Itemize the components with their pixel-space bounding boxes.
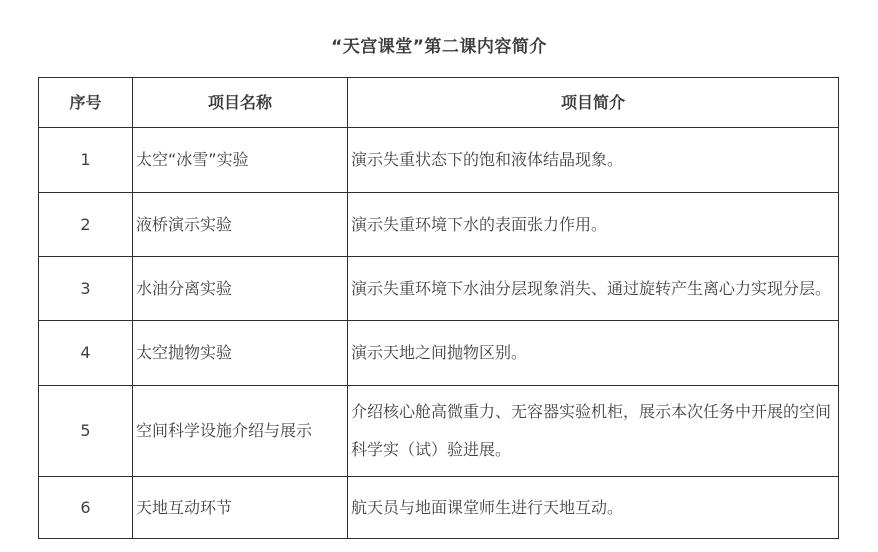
- project-name-cell: 水油分离实验: [133, 257, 348, 321]
- table-row: 1 太空“冰雪”实验 演示失重状态下的饱和液体结晶现象。: [39, 128, 839, 193]
- project-description-cell: 演示失重环境下水的表面张力作用。: [348, 193, 839, 257]
- table-row: 3 水油分离实验 演示失重环境下水油分层现象消失、通过旋转产生离心力实现分层。: [39, 257, 839, 321]
- row-number-cell: 5: [39, 386, 133, 477]
- table-row: 6 天地互动环节 航天员与地面课堂师生进行天地互动。: [39, 477, 839, 539]
- project-name-cell: 天地互动环节: [133, 477, 348, 539]
- project-name-cell: 太空抛物实验: [133, 321, 348, 386]
- project-name-cell: 液桥演示实验: [133, 193, 348, 257]
- row-number-cell: 6: [39, 477, 133, 539]
- project-description-cell: 演示天地之间抛物区别。: [348, 321, 839, 386]
- project-description-cell: 演示失重环境下水油分层现象消失、通过旋转产生离心力实现分层。: [348, 257, 839, 321]
- project-description-cell: 演示失重状态下的饱和液体结晶现象。: [348, 128, 839, 193]
- column-header-project-description: 项目简介: [348, 78, 839, 128]
- project-description-cell: 航天员与地面课堂师生进行天地互动。: [348, 477, 839, 539]
- project-name-cell: 太空“冰雪”实验: [133, 128, 348, 193]
- document-page: “天宫课堂”第二课内容简介 序号 项目名称 项目简介 1 太空“冰雪”实验 演示…: [0, 0, 878, 552]
- row-number-cell: 1: [39, 128, 133, 193]
- table-header-row: 序号 项目名称 项目简介: [39, 78, 839, 128]
- row-number-cell: 3: [39, 257, 133, 321]
- row-number-cell: 4: [39, 321, 133, 386]
- column-header-project-name: 项目名称: [133, 78, 348, 128]
- project-description-cell: 介绍核心舱高微重力、无容器实验机柜，展示本次任务中开展的空间科学实（试）验进展。: [348, 386, 839, 477]
- page-title: “天宫课堂”第二课内容简介: [39, 32, 839, 57]
- content-table: 序号 项目名称 项目简介 1 太空“冰雪”实验 演示失重状态下的饱和液体结晶现象…: [38, 77, 839, 539]
- project-name-cell: 空间科学设施介绍与展示: [133, 386, 348, 477]
- table-row: 5 空间科学设施介绍与展示 介绍核心舱高微重力、无容器实验机柜，展示本次任务中开…: [39, 386, 839, 477]
- row-number-cell: 2: [39, 193, 133, 257]
- column-header-number: 序号: [39, 78, 133, 128]
- table-row: 2 液桥演示实验 演示失重环境下水的表面张力作用。: [39, 193, 839, 257]
- table-row: 4 太空抛物实验 演示天地之间抛物区别。: [39, 321, 839, 386]
